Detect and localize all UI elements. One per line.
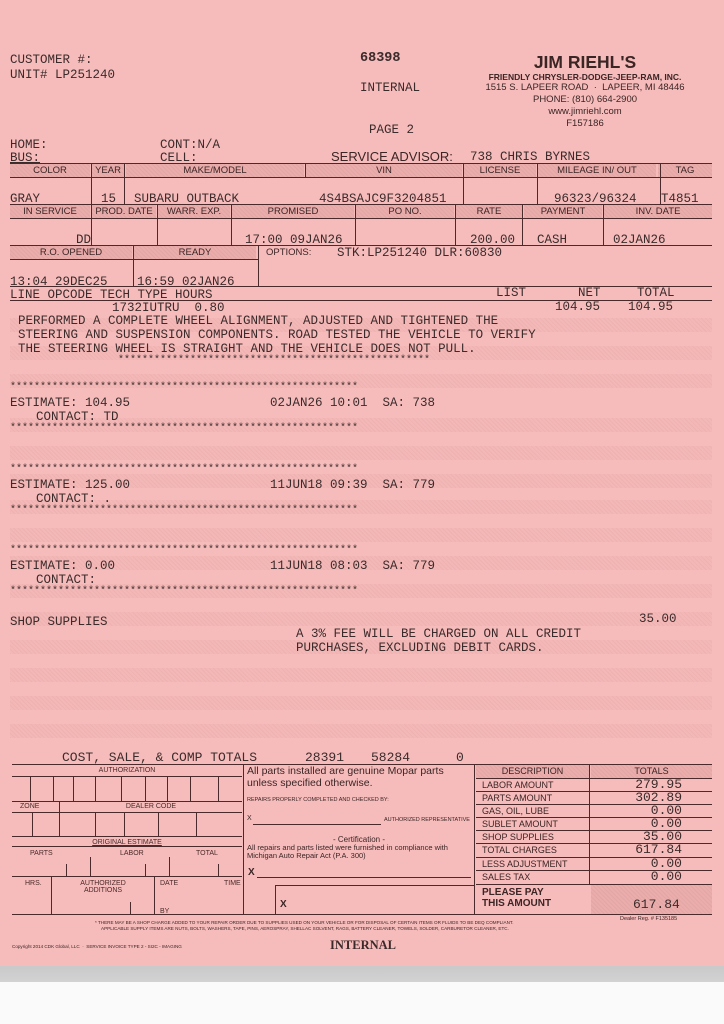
ready-header: READY — [134, 246, 256, 259]
repairs-checked-label: REPAIRS PROPERLY COMPLETED AND CHECKED B… — [247, 797, 389, 803]
shade-band — [10, 612, 712, 626]
ro-number: 68398 — [360, 51, 401, 66]
mopar-notice-1: All parts installed are genuine Mopar pa… — [247, 765, 444, 777]
checked-by-signature-line[interactable] — [253, 824, 381, 825]
col-total-header: TOTAL — [637, 286, 675, 300]
shade-band — [10, 696, 712, 710]
tick — [130, 902, 131, 914]
authorized-rep-label: AUTHORIZED REPRESENTATIVE — [384, 817, 470, 823]
time-label: TIME — [224, 880, 241, 887]
dealer-name: JIM RIEHL'S — [470, 52, 700, 72]
estimate-amount: ESTIMATE: 125.00 — [10, 478, 130, 492]
totals-row-sales-tax: SALES TAX0.00 — [476, 870, 712, 884]
col-divider — [455, 204, 456, 245]
star-divider: ****************************************… — [118, 355, 430, 366]
col-payment-header: PAYMENT — [524, 205, 602, 218]
totals-label: TOTAL CHARGES — [482, 844, 557, 857]
dealer-website: www.jimriehl.com — [470, 106, 700, 118]
total-label: TOTAL — [196, 850, 218, 857]
authorized-additions-line1: AUTHORIZED — [68, 880, 138, 887]
grid-divider — [59, 801, 60, 836]
col-divider — [157, 204, 158, 245]
grid-divider — [158, 812, 159, 836]
please-pay-line1: PLEASE PAY — [482, 887, 551, 898]
estimate-datetime: 11JUN18 09:39 SA: 779 — [270, 478, 435, 492]
grid-divider — [124, 812, 125, 836]
mopar-notice: All parts installed are genuine Mopar pa… — [247, 765, 444, 789]
totals-row-total-charges: TOTAL CHARGES617.84 — [476, 843, 712, 857]
col-divider — [355, 204, 356, 245]
credit-fee-notice-1: A 3% FEE WILL BE CHARGED ON ALL CREDIT — [296, 627, 581, 641]
col-warr-exp-header: WARR. EXP. — [158, 205, 230, 218]
col-prod-date-header: PROD. DATE — [92, 205, 156, 218]
certification-text: All repairs and parts listed were furnis… — [247, 844, 448, 860]
rule — [10, 259, 258, 260]
totals-value: 0.00 — [651, 870, 682, 884]
col-divider — [258, 245, 259, 286]
tick — [66, 864, 67, 876]
grid-divider — [154, 876, 155, 914]
estimate-amount: ESTIMATE: 0.00 — [10, 559, 115, 573]
totals-description-header: DESCRIPTION — [476, 765, 589, 778]
page-shadow — [0, 966, 724, 982]
unit-number: UNIT# LP251240 — [10, 68, 115, 82]
col-list-header: LIST — [496, 286, 526, 300]
shop-supplies-label: SHOP SUPPLIES — [10, 615, 108, 629]
col-in-service-header: IN SERVICE — [10, 205, 90, 218]
rule — [12, 876, 242, 877]
customer-signature-x[interactable]: X — [280, 899, 287, 910]
col-divider — [463, 163, 464, 204]
rule — [12, 914, 712, 915]
shop-charge-notice: * THERE MAY BE A SHOP CHARGE ADDED TO YO… — [95, 920, 513, 932]
invoice-page: CUSTOMER #: UNIT# LP251240 68398 INTERNA… — [0, 0, 724, 966]
totals-value: 617.84 — [635, 843, 682, 857]
line-description-3: THE STEERING WHEEL IS STRAIGHT AND THE V… — [18, 342, 476, 356]
grid-divider — [95, 812, 96, 836]
service-advisor-value: 738 CHRIS BYRNES — [470, 150, 590, 164]
authorized-additions-line2: ADDITIONS — [68, 887, 138, 894]
comp-totals-label: COST, SALE, & COMP TOTALS — [62, 750, 257, 765]
rule — [12, 846, 242, 847]
shade-band — [10, 446, 712, 460]
authorized-additions-label: AUTHORIZEDADDITIONS — [68, 880, 138, 894]
authorization-label: AUTHORIZATION — [12, 767, 242, 774]
certification-x: X — [248, 867, 255, 878]
col-divider — [537, 163, 538, 204]
date-label: DATE — [160, 880, 178, 887]
col-vin-header: VIN — [306, 164, 462, 177]
col-divider — [603, 204, 604, 245]
col-divider — [133, 245, 134, 286]
service-advisor-label: SERVICE ADVISOR: — [331, 149, 453, 164]
tick — [145, 864, 146, 876]
rule — [12, 836, 242, 837]
grid-divider — [51, 876, 52, 914]
estimate-contact: CONTACT: TD — [36, 410, 119, 424]
dealer-reg: Dealer Reg. # F135185 — [620, 916, 677, 922]
col-po-header: PO NO. — [356, 205, 454, 218]
shade-band — [10, 528, 712, 542]
grid-divider — [167, 776, 168, 801]
options-label: OPTIONS: — [266, 247, 311, 258]
rule — [12, 812, 242, 813]
footer-internal: INTERNAL — [330, 938, 396, 953]
home-phone-label: HOME: — [10, 138, 48, 152]
contact-value: CONT:N/A — [160, 138, 220, 152]
please-pay-amount: 617.84 — [633, 897, 680, 912]
dealer-code: F157186 — [470, 118, 700, 130]
star-divider: ****************************************… — [10, 464, 358, 475]
grid-divider — [218, 776, 219, 801]
rule — [12, 776, 242, 777]
tick — [218, 864, 219, 876]
tick — [169, 857, 170, 876]
col-net-header: NET — [578, 286, 601, 300]
checked-by-x: X — [247, 815, 252, 822]
shade-band — [10, 724, 712, 738]
estimate-contact: CONTACT: — [36, 573, 96, 587]
star-divider: ****************************************… — [10, 423, 358, 434]
cost-total: 28391 — [305, 750, 344, 765]
col-divider — [124, 163, 125, 204]
mopar-notice-2: unless specified otherwise. — [247, 777, 444, 789]
dealer-subtitle: FRIENDLY CHRYSLER-DODGE-JEEP-RAM, INC. — [470, 72, 700, 82]
grid-divider — [30, 776, 31, 801]
shop-charge-notice-2: APPLICABLE SUPPLY ITEMS ARE NUTS, BOLTS,… — [95, 926, 513, 932]
dealer-phone: PHONE: (810) 664-2900 — [470, 94, 700, 106]
col-divider — [522, 204, 523, 245]
shop-supplies-amount: 35.00 — [639, 612, 677, 626]
grid-divider — [95, 776, 96, 801]
estimate-datetime: 02JAN26 10:01 SA: 738 — [270, 396, 435, 410]
col-tag-header: TAG — [658, 164, 712, 177]
estimate-contact: CONTACT: . — [36, 492, 111, 506]
grid-divider — [275, 885, 276, 914]
estimate-datetime: 11JUN18 08:03 SA: 779 — [270, 559, 435, 573]
copyright: Copyright 2014 CDK Global, LLC · SERVICE… — [12, 944, 182, 949]
dealer-code-label: DEALER CODE — [60, 803, 242, 810]
page-number: PAGE 2 — [369, 123, 414, 137]
credit-fee-notice-2: PURCHASES, EXCLUDING DEBIT CARDS. — [296, 641, 544, 655]
section-divider — [474, 764, 475, 914]
customer-label: CUSTOMER #: — [10, 53, 93, 67]
comp-total: 0 — [456, 750, 464, 765]
line-net: 104.95 — [555, 300, 600, 314]
labor-label: LABOR — [120, 850, 144, 857]
grid-divider — [145, 776, 146, 801]
options-value: STK:LP251240 DLR:60830 — [337, 246, 502, 260]
rule — [12, 801, 242, 802]
rule — [10, 177, 712, 178]
dealer-address: 1515 S. LAPEER ROAD · LAPEER, MI 48446 — [470, 82, 700, 94]
certification-signature-line[interactable] — [257, 877, 471, 878]
col-divider — [91, 204, 92, 245]
col-make-header: MAKE/MODEL — [126, 164, 304, 177]
col-color-header: COLOR — [10, 164, 90, 177]
shade-band — [10, 668, 712, 682]
grid-divider — [190, 776, 191, 801]
totals-label: SALES TAX — [482, 871, 530, 884]
star-divider: ****************************************… — [10, 505, 358, 516]
ro-opened-header: R.O. OPENED — [10, 246, 132, 259]
grid-divider — [196, 812, 197, 836]
invoice-type: INTERNAL — [360, 81, 420, 95]
dealer-block: JIM RIEHL'S FRIENDLY CHRYSLER-DODGE-JEEP… — [470, 52, 700, 130]
star-divider: ****************************************… — [10, 545, 358, 556]
line-opcode: 1732IUTRU 0.80 — [112, 301, 225, 315]
col-license-header: LICENSE — [464, 164, 536, 177]
estimate-amount: ESTIMATE: 104.95 — [10, 396, 130, 410]
col-rate-header: RATE — [456, 205, 522, 218]
sale-total: 58284 — [371, 750, 410, 765]
please-pay-label: PLEASE PAYTHIS AMOUNT — [482, 887, 551, 909]
certification-line2: Michigan Auto Repair Act (P.A. 300) — [247, 852, 448, 860]
parts-label: PARTS — [30, 850, 53, 857]
original-estimate-label: ORIGINAL ESTIMATE — [12, 839, 242, 846]
col-divider — [91, 163, 92, 204]
col-year-header: YEAR — [92, 164, 124, 177]
please-pay-line2: THIS AMOUNT — [482, 898, 551, 909]
zone-label: ZONE — [20, 803, 39, 810]
hrs-label: HRS. — [25, 880, 42, 887]
grid-divider — [73, 776, 74, 801]
line-description-2: STEERING AND SUSPENSION COMPONENTS. ROAD… — [18, 328, 536, 342]
rule — [10, 218, 712, 219]
rule — [275, 885, 475, 886]
line-total: 104.95 — [628, 300, 673, 314]
line-description-1: PERFORMED A COMPLETE WHEEL ALIGNMENT, AD… — [18, 314, 498, 328]
col-divider — [231, 204, 232, 245]
col-divider — [305, 163, 306, 177]
grid-divider — [32, 812, 33, 836]
grid-divider — [121, 776, 122, 801]
section-divider — [243, 764, 244, 914]
grid-divider — [53, 776, 54, 801]
col-inv-date-header: INV. DATE — [604, 205, 712, 218]
tick — [90, 857, 91, 876]
rule — [10, 286, 712, 287]
col-promised-header: PROMISED — [232, 205, 354, 218]
star-divider: ****************************************… — [10, 382, 358, 393]
star-divider: ****************************************… — [10, 586, 358, 597]
col-mileage-header: MILEAGE IN/ OUT — [538, 164, 656, 177]
